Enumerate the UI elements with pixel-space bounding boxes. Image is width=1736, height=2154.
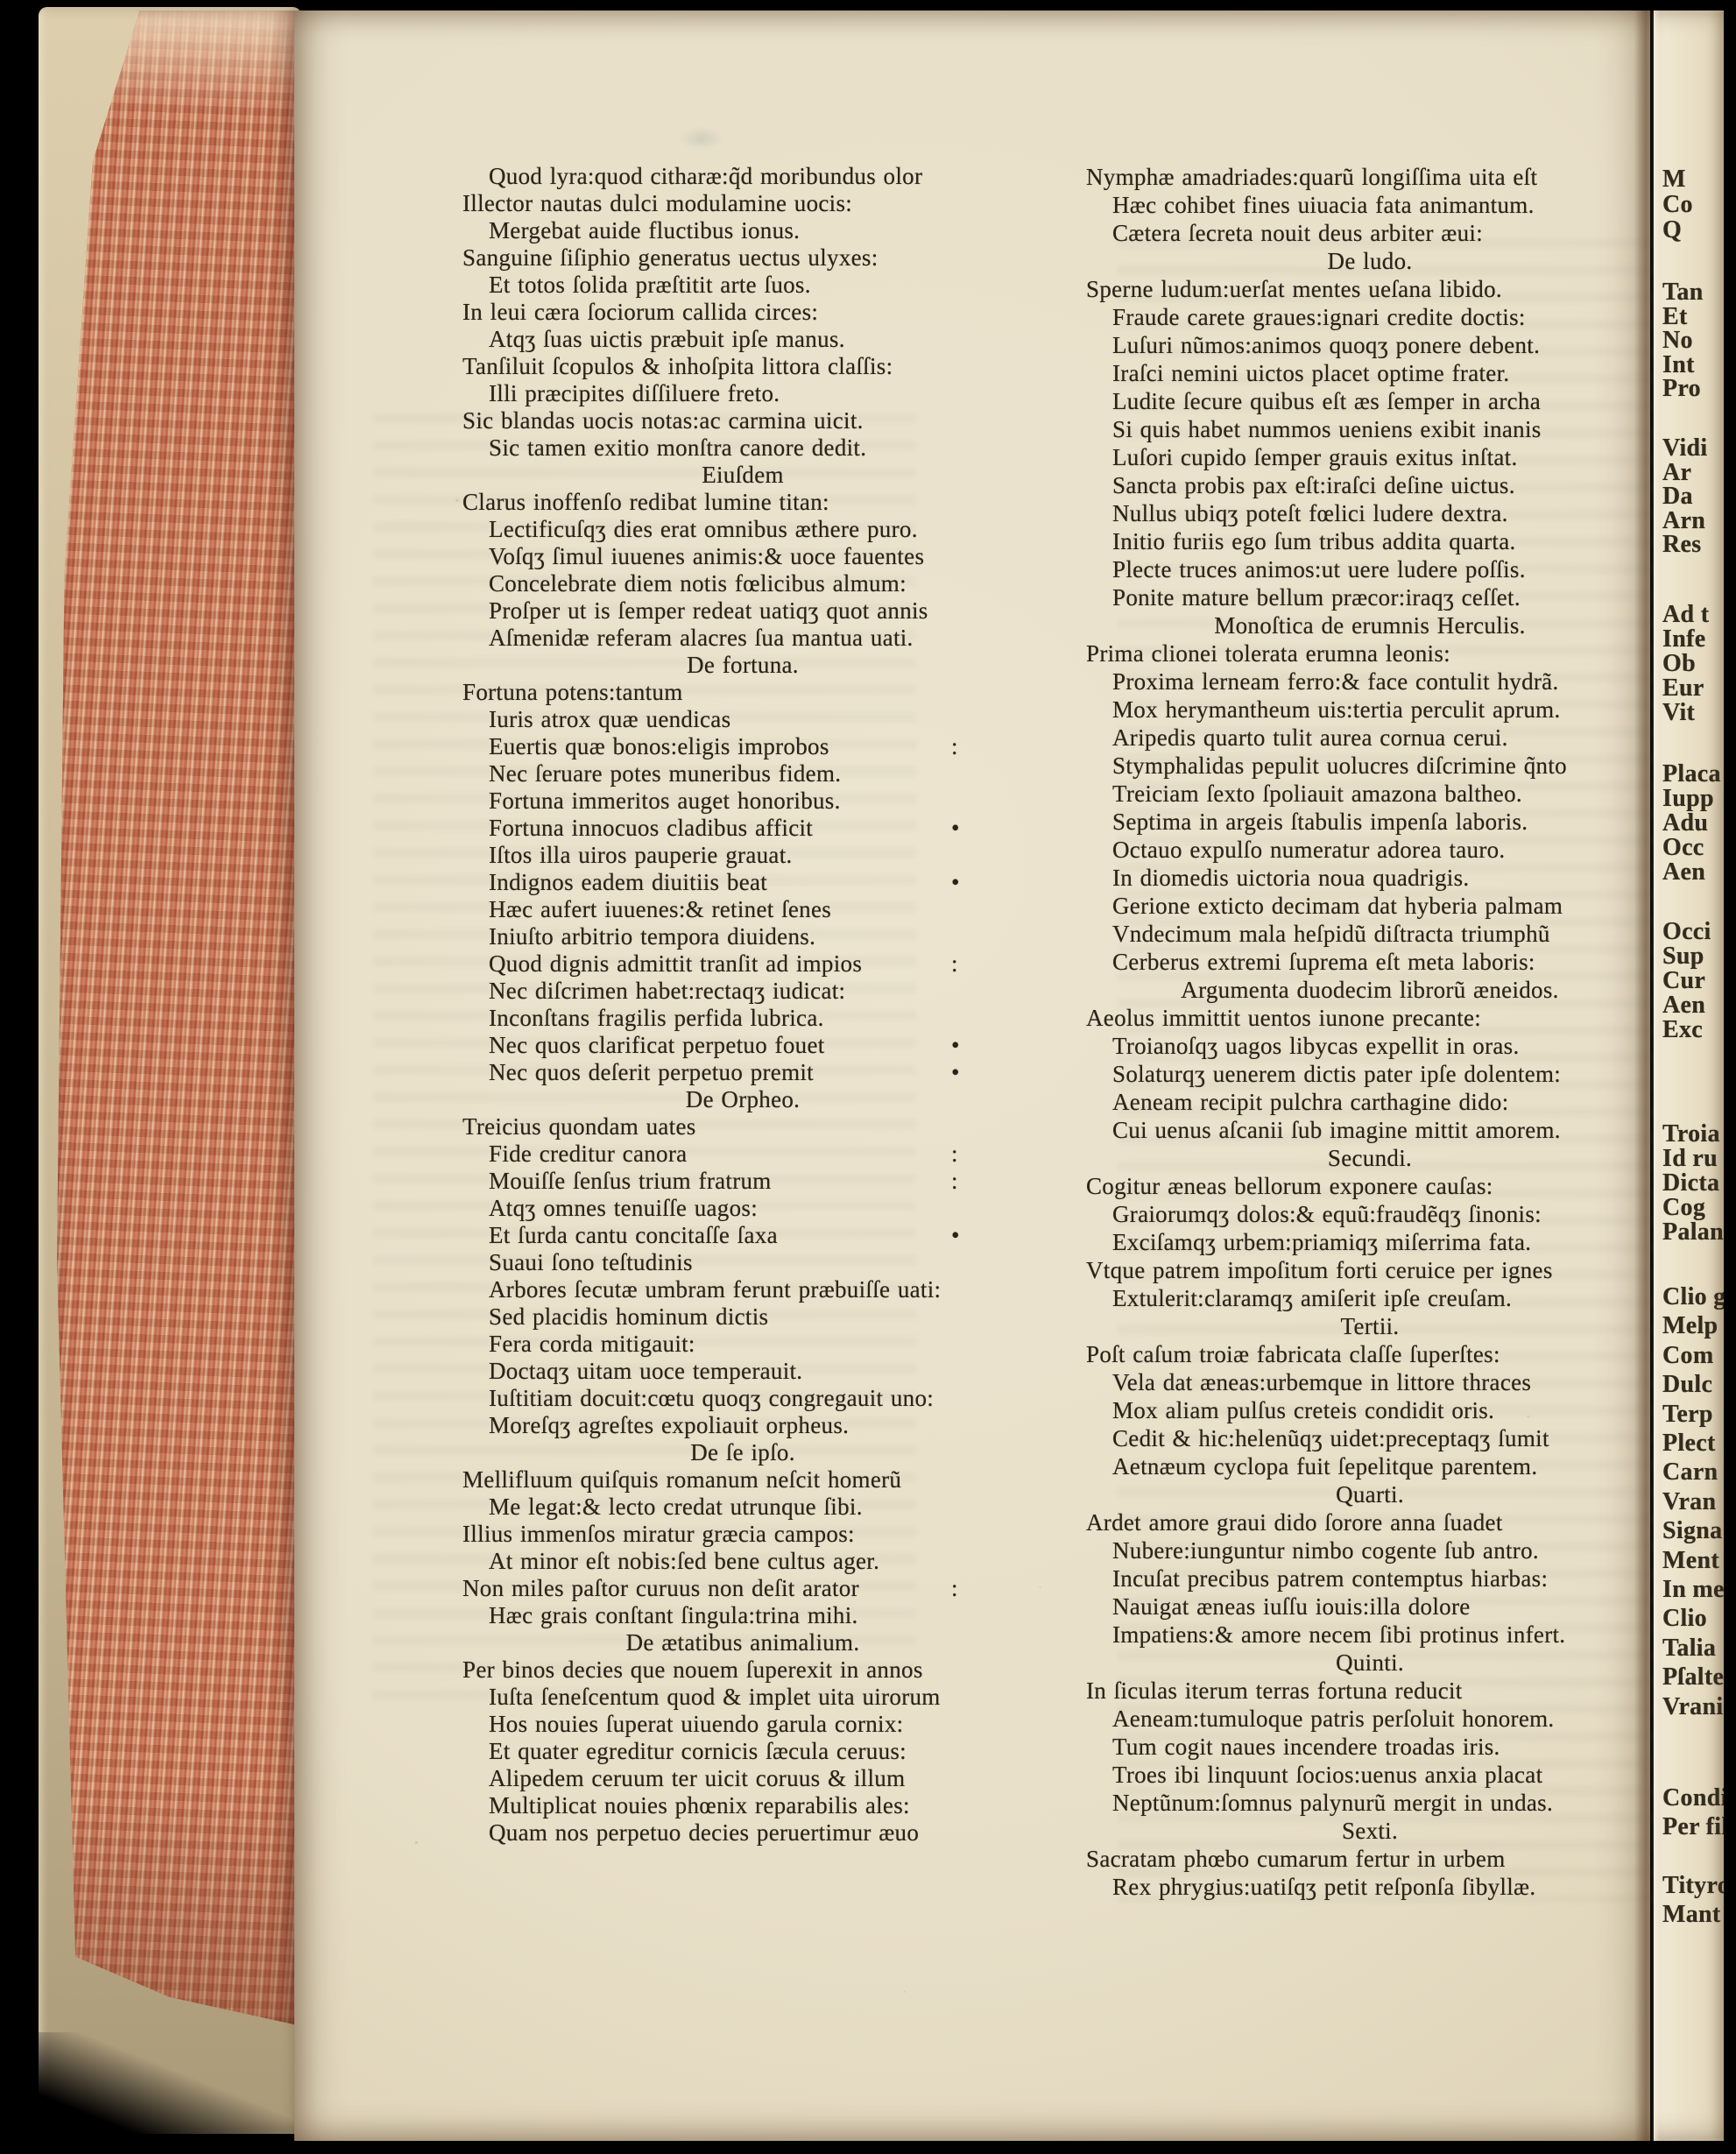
fragment-line: Pro [1662,377,1724,401]
verse-line: Rex phrygius:uatiſqʒ petit reſponſa ſiby… [1086,1873,1654,1901]
fragment-line: Pſalte [1662,1663,1724,1691]
verse-line: Initio furiis ego ſum tribus addita quar… [1086,527,1654,555]
verse-line: Nymphæ amadriades:quarũ longiſſima uita … [1086,163,1654,191]
verse-line: Voſqʒ ſimul iuuenes animis:& uoce fauent… [462,543,1023,570]
verse-line: Aeneam:tumuloque patris perſoluit honore… [1086,1705,1654,1733]
fragment-line: Placa [1662,762,1724,787]
verse-line: Atqʒ omnes tenuiſſe uagos: [462,1195,1023,1222]
fragment-line: Aen [1662,860,1724,885]
fragment-group: TroiaId ruDictaCogPalan [1662,1122,1724,1245]
fragment-line: Infe [1662,627,1724,652]
verse-line: Mouiſſe ſenſus trium fratrum: [462,1168,1023,1195]
verse-line: Hos nouies ſuperat uiuendo garula cornix… [462,1711,1023,1738]
verse-line: Troianoſqʒ uagos libycas expellit in ora… [1086,1032,1654,1060]
verse-line: Hæc aufert iuuenes:& retinet ſenes [462,896,1023,923]
verse-line: Illi præcipites diſſiluere freto. [462,380,1023,407]
fragment-line: Q [1662,217,1724,243]
verse-line: Fortuna innocuos cladibus afficit• [462,815,1023,842]
verse-line: Doctaqʒ uitam uoce temperauit. [462,1358,1023,1385]
fragment-group: TityroMant [1662,1871,1724,1929]
verse-line: Clarus inoffenſo redibat lumine titan: [462,489,1023,516]
fragment-line: Troia [1662,1122,1724,1147]
verse-line: Iſtos illa uiros pauperie grauat. [462,842,1023,869]
verse-line: Atqʒ ſuas uictis præbuit ipſe manus. [462,326,1023,353]
fragment-line: Vidi [1662,436,1724,461]
verse-line: Sed placidis hominum dictis [462,1303,1023,1331]
fragment-line: Iupp [1662,787,1724,811]
fragment-line: Cur [1662,969,1724,993]
section-heading: Sexti. [1086,1817,1654,1845]
verse-line: Et totos ſolida præſtitit arte ſuos. [462,272,1023,299]
verse-line: Vtque patrem impoſitum forti ceruice per… [1086,1256,1654,1284]
verse-line: Mox aliam pulſus creteis condidit oris. [1086,1396,1654,1424]
red-page-edges [51,11,298,2025]
verse-line: Treiciam ſexto ſpoliauit amazona baltheo… [1086,780,1654,808]
verse-line: Treicius quondam uates [462,1113,1023,1141]
verse-line: Alipedem ceruum ter uicit coruus & illum [462,1765,1023,1792]
verse-line: Graiorumqʒ dolos:& equũ:fraudẽqʒ ſinonis… [1086,1200,1654,1228]
verse-line: In ſiculas iterum terras fortuna reducit [1086,1677,1654,1705]
verse-line: Vndecimum mala heſpidũ diſtracta triumph… [1086,920,1654,948]
verse-line: Illius immenſos miratur græcia campos: [462,1521,1023,1548]
fragment-line: Dicta [1662,1171,1724,1196]
verse-line: Tum cogit naues incendere troadas iris. [1086,1733,1654,1761]
verse-line: Iniuſto arbitrio tempora diuidens. [462,923,1023,950]
verse-line: Quod dignis admittit tranſit ad impios: [462,950,1023,978]
fragment-line: Cog [1662,1196,1724,1220]
verse-line: Suaui ſono teſtudinis [462,1249,1023,1276]
verse-line: Moreſqʒ agreſtes expoliauit orpheus. [462,1412,1023,1439]
margin-mark: : [951,1141,958,1168]
verse-line: Poſt caſum troiæ fabricata claſſe ſuperſ… [1086,1340,1654,1368]
fragment-line: Palan [1662,1220,1724,1245]
verse-line: Iuſtitiam docuit:cœtu quoqʒ congregauit … [462,1385,1023,1412]
right-text-column: Nymphæ amadriades:quarũ longiſſima uita … [1086,163,1654,1901]
verse-line: Aeneam recipit pulchra carthagine dido: [1086,1088,1654,1116]
verse-line: Me legat:& lecto credat utrunque ſibi. [462,1494,1023,1521]
verse-line: Aripedis quarto tulit aurea cornua cerui… [1086,724,1654,752]
verse-line: Cui uenus aſcanii ſub imagine mittit amo… [1086,1116,1654,1144]
verse-line: Vela dat æneas:urbemque in littore thrac… [1086,1368,1654,1396]
book-page: Quod lyra:quod citharæ:q̃d moribundus ol… [294,11,1650,2141]
verse-line: Nubere:iunguntur nimbo cogente ſub antro… [1086,1536,1654,1564]
fragment-line: In me [1662,1575,1724,1604]
next-page-edge: MCoQTanEtNoIntProVidiArDaArnResAd tInfeO… [1654,11,1724,2141]
verse-line: Fortuna immeritos auget honoribus. [462,787,1023,815]
fragment-line: Vrani [1662,1692,1724,1721]
section-heading: De ætatibus animalium. [462,1629,1023,1656]
section-heading: Monoſtica de erumnis Herculis. [1086,611,1654,639]
fragment-line: M [1662,166,1724,192]
fragment-line: No [1662,328,1724,353]
verse-line: Quod lyra:quod citharæ:q̃d moribundus ol… [462,163,1023,190]
verse-line: In leui cæra ſociorum callida circes: [462,299,1023,326]
verse-line: Per binos decies que nouem ſuperexit in … [462,1656,1023,1684]
fragment-group: Clio gMelpComDulcTerpPlectCarnVranSignaM… [1662,1282,1724,1721]
fragment-line: Condit [1662,1783,1724,1812]
verse-line: At minor eſt nobis:ſed bene cultus ager. [462,1548,1023,1575]
margin-mark: • [951,815,960,842]
fragment-line: Ob [1662,652,1724,676]
fragment-line: Occ [1662,836,1724,860]
fragment-line: Vran [1662,1487,1724,1516]
photo-corner-shadow [0,2032,315,2154]
verse-line: Aeolus immittit uentos iunone precante: [1086,1004,1654,1032]
verse-line: Iuris atrox quæ uendicas [462,706,1023,733]
book-photo: Quod lyra:quod citharæ:q̃d moribundus ol… [0,0,1736,2154]
verse-line: Cætera ſecreta nouit deus arbiter æui: [1086,219,1654,247]
verse-line: Prima clionei tolerata erumna leonis: [1086,639,1654,667]
verse-line: Sic blandas uocis notas:ac carmina uicit… [462,407,1023,434]
verse-line: Troes ibi linquunt ſocios:uenus anxia pl… [1086,1761,1654,1789]
section-heading: Quinti. [1086,1649,1654,1677]
verse-line: Multiplicat nouies phœnix reparabilis al… [462,1792,1023,1819]
margin-mark: • [951,869,960,896]
verse-line: Et ſurda cantu concitaſſe ſaxa• [462,1222,1023,1249]
verse-line: Octauo expulſo numeratur adorea tauro. [1086,836,1654,864]
margin-mark: • [951,1059,960,1086]
verse-line: Illector nautas dulci modulamine uocis: [462,190,1023,217]
section-heading: Eiuſdem [462,462,1023,489]
fragment-line: Arn [1662,509,1724,533]
verse-line: Tanſiluit ſcopulos & inhoſpita littora c… [462,353,1023,380]
fragment-line: Clio [1662,1604,1724,1633]
margin-mark: : [951,733,958,760]
verse-line: Exciſamqʒ urbem:priamiqʒ miſerrima fata. [1086,1228,1654,1256]
fragment-line: Melp [1662,1311,1724,1340]
verse-line: Proxima lerneam ferro:& face contulit hy… [1086,667,1654,696]
fragment-line: Mant [1662,1900,1724,1929]
fragment-line: Et [1662,305,1724,329]
verse-line: Sancta probis pax eſt:iraſci deſine uict… [1086,471,1654,499]
verse-line: Nec ſeruare potes muneribus fidem. [462,760,1023,787]
verse-line: Ardet amore graui dido ſorore anna ſuade… [1086,1508,1654,1536]
verse-line: Si quis habet nummos ueniens exibit inan… [1086,415,1654,443]
verse-line: Sacratam phœbo cumarum fertur in urbem [1086,1845,1654,1873]
verse-line: Aetnæum cyclopa fuit ſepelitque parentem… [1086,1452,1654,1480]
fragment-line: Sup [1662,944,1724,969]
verse-line: Neptũnum:ſomnus palynurũ mergit in undas… [1086,1789,1654,1817]
fragment-group: PlacaIuppAduOccAen [1662,762,1724,885]
verse-line: Proſper ut is ſemper redeat uatiqʒ quot … [462,597,1023,625]
verse-line: Aſmenidæ referam alacres ſua mantua uati… [462,625,1023,652]
fragment-line: Res [1662,533,1724,557]
fragment-line: Carn [1662,1458,1724,1487]
verse-line: Incuſat precibus patrem contemptus hiarb… [1086,1564,1654,1593]
page-gutter [1634,11,1655,2141]
verse-line: Nec quos clarificat perpetuo fouet• [462,1032,1023,1059]
section-heading: De ludo. [1086,247,1654,275]
verse-line: Euertis quæ bonos:eligis improbos: [462,733,1023,760]
fragment-line: Ment [1662,1546,1724,1575]
fragment-line: Clio g [1662,1282,1724,1311]
fragment-line: Per fil [1662,1812,1724,1841]
verse-line: Et quater egreditur cornicis ſæcula ceru… [462,1738,1023,1765]
verse-line: Iraſci nemini uictos placet optime frate… [1086,359,1654,387]
verse-line: Sperne ludum:uerſat mentes ueſana libido… [1086,275,1654,303]
verse-line: Mellifluum quiſquis romanum neſcit homer… [462,1466,1023,1494]
verse-line: Ponite mature bellum præcor:iraqʒ ceſſet… [1086,583,1654,611]
verse-line: Hæc cohibet fines uiuacia fata animantum… [1086,191,1654,219]
fragment-line: Signa [1662,1516,1724,1545]
verse-line: Quam nos perpetuo decies peruertimur æuo [462,1819,1023,1847]
fragment-line: Talia [1662,1634,1724,1663]
verse-line: Arbores ſecutæ umbram ferunt præbuiſſe u… [462,1276,1023,1303]
fragment-line: Occi [1662,920,1724,944]
fragment-line: Aen [1662,993,1724,1018]
section-heading: Tertii. [1086,1312,1654,1340]
margin-mark: : [951,950,958,978]
section-heading: De Orpheo. [462,1086,1023,1113]
fragment-line: Terp [1662,1400,1724,1429]
left-text-column: Quod lyra:quod citharæ:q̃d moribundus ol… [462,163,1023,1847]
verse-line: Mox herymantheum uis:tertia perculit apr… [1086,696,1654,724]
fragment-group: OcciSupCurAenExc [1662,920,1724,1042]
verse-line: Nec quos deſerit perpetuo premit• [462,1059,1023,1086]
fragment-group: Ad tInfeObEurVit [1662,603,1724,725]
verse-line: Impatiens:& amore necem ſibi protinus in… [1086,1621,1654,1649]
margin-mark: • [951,1222,960,1249]
verse-line: Extulerit:claramqʒ amiſerit ipſe creuſam… [1086,1284,1654,1312]
verse-line: Cerberus extremi ſuprema eſt meta labori… [1086,948,1654,976]
fragment-line: Id ru [1662,1147,1724,1171]
fragment-group: VidiArDaArnRes [1662,436,1724,557]
verse-line: Nauigat æneas iuſſu iouis:illa dolore [1086,1593,1654,1621]
verse-line: Lectificuſqʒ dies erat omnibus æthere pu… [462,516,1023,543]
fragment-line: Vit [1662,701,1724,725]
section-heading: De ſe ipſo. [462,1439,1023,1466]
verse-line: In diomedis uictoria noua quadrigis. [1086,864,1654,892]
verse-line: Sanguine ſiſiphio generatus uectus ulyxe… [462,244,1023,272]
verse-line: Solaturqʒ uenerem dictis pater ipſe dole… [1086,1060,1654,1088]
fragment-line: Tityro [1662,1871,1724,1900]
verse-line: Luſori cupido ſemper grauis exitus inſta… [1086,443,1654,471]
fragment-group: MCoQ [1662,166,1724,243]
verse-line: Fera corda mitigauit: [462,1331,1023,1358]
verse-line: Iuſta ſeneſcentum quod & implet uita uir… [462,1684,1023,1711]
margin-mark: : [951,1575,958,1602]
fragment-line: Tan [1662,280,1724,305]
verse-line: Cogitur æneas bellorum exponere cauſas: [1086,1172,1654,1200]
fragment-line: Ar [1662,461,1724,485]
verse-line: Ludite ſecure quibus eſt æs ſemper in ar… [1086,387,1654,415]
verse-line: Mergebat auide fluctibus ionus. [462,217,1023,244]
verse-line: Plecte truces animos:ut uere ludere poſſ… [1086,555,1654,583]
fragment-line: Da [1662,484,1724,509]
section-heading: Quarti. [1086,1480,1654,1508]
section-heading: De fortuna. [462,652,1023,679]
fragment-line: Ad t [1662,603,1724,627]
ink-smudge [671,123,732,154]
verse-line: Non miles paſtor curuus non deſit arator… [462,1575,1023,1602]
fragment-line: Eur [1662,676,1724,701]
fragment-line: Co [1662,192,1724,217]
verse-line: Nec diſcrimen habet:rectaqʒ iudicat: [462,978,1023,1005]
fragment-line: Exc [1662,1018,1724,1042]
verse-line: Fide creditur canora: [462,1141,1023,1168]
verse-line: Cedit & hic:helenũqʒ uidet:preceptaqʒ ſu… [1086,1424,1654,1452]
fragment-line: Int [1662,353,1724,378]
verse-line: Luſuri nũmos:animos quoqʒ ponere debent. [1086,331,1654,359]
verse-line: Septima in argeis ſtabulis impenſa labor… [1086,808,1654,836]
verse-line: Inconſtans fragilis perfida lubrica. [462,1005,1023,1032]
fragment-group: TanEtNoIntPro [1662,280,1724,401]
verse-line: Stymphalidas pepulit uolucres diſcrimine… [1086,752,1654,780]
section-heading: Argumenta duodecim librorũ æneidos. [1086,976,1654,1004]
verse-line: Fortuna potens:tantum [462,679,1023,706]
fragment-line: Plect [1662,1429,1724,1458]
fragment-group: ConditPer fil [1662,1783,1724,1841]
verse-line: Sic tamen exitio monſtra canore dedit. [462,434,1023,462]
verse-line: Nullus ubiqʒ poteſt fœlici ludere dextra… [1086,499,1654,527]
fragment-line: Dulc [1662,1370,1724,1399]
fragment-line: Com [1662,1341,1724,1370]
verse-line: Fraude carete graues:ignari credite doct… [1086,303,1654,331]
verse-line: Concelebrate diem notis fœlicibus almum: [462,570,1023,597]
margin-mark: : [951,1168,958,1195]
verse-line: Hæc grais conſtant ſingula:trina mihi. [462,1602,1023,1629]
fragment-line: Adu [1662,811,1724,836]
verse-line: Indignos eadem diuitiis beat• [462,869,1023,896]
verse-line: Gerione exticto decimam dat hyberia palm… [1086,892,1654,920]
margin-mark: • [951,1032,960,1059]
section-heading: Secundi. [1086,1144,1654,1172]
